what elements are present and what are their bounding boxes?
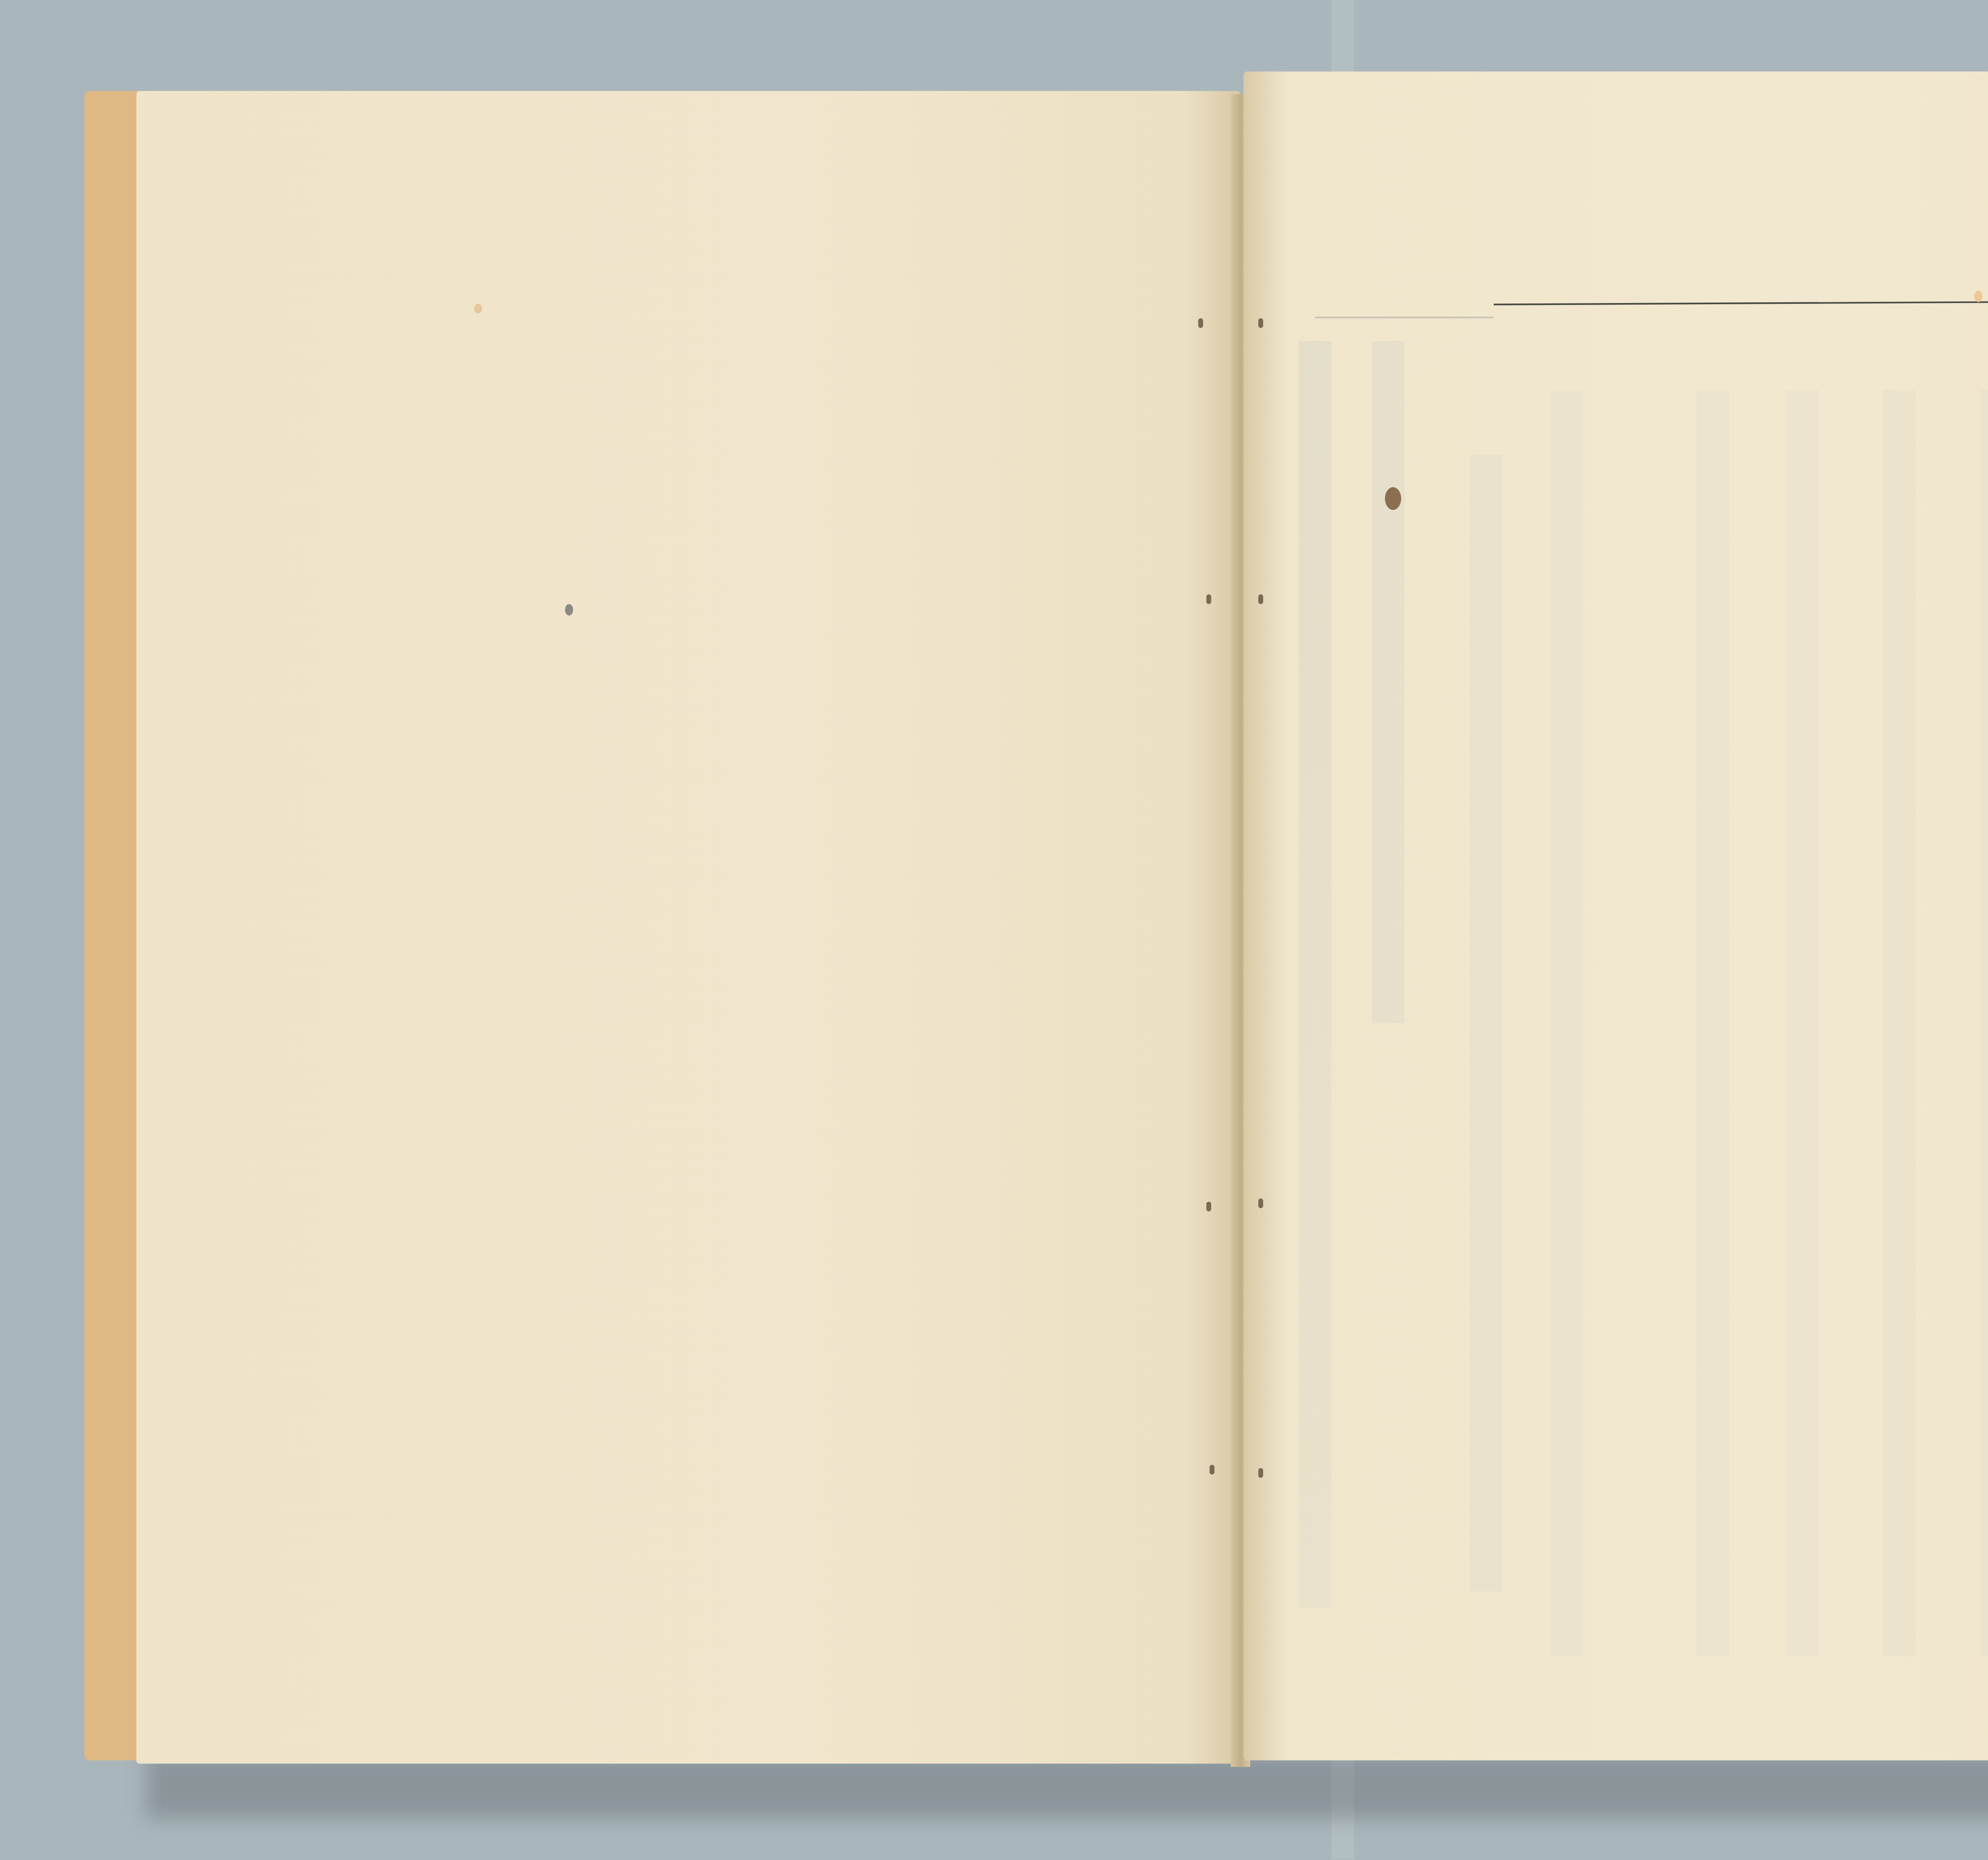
show-through-text bbox=[1372, 341, 1405, 1023]
binding-hole bbox=[1206, 595, 1211, 604]
show-through-text bbox=[1470, 455, 1502, 1591]
show-through-rule bbox=[1315, 317, 1494, 318]
stain-spot bbox=[1974, 291, 1982, 302]
binding-hole bbox=[1258, 595, 1263, 604]
show-through-text bbox=[1981, 390, 1988, 1656]
show-through-text bbox=[1883, 390, 1916, 1656]
stain-spot bbox=[474, 304, 482, 314]
binding-hole bbox=[1198, 318, 1203, 328]
binding-hole bbox=[1206, 1202, 1211, 1212]
book-spread bbox=[0, 0, 1988, 1860]
binding-hole bbox=[1258, 1199, 1263, 1209]
binding-hole bbox=[1258, 1468, 1263, 1478]
show-through-text bbox=[1299, 341, 1332, 1608]
show-through-text bbox=[1551, 390, 1583, 1656]
left-page bbox=[136, 91, 1241, 1764]
right-page bbox=[1244, 72, 1988, 1761]
cover-edge bbox=[84, 91, 143, 1761]
binding-hole bbox=[1209, 1465, 1214, 1475]
stain-spot bbox=[565, 604, 573, 616]
show-through-text bbox=[1786, 390, 1819, 1656]
show-through-text bbox=[1697, 390, 1729, 1656]
binding-hole bbox=[1258, 318, 1263, 328]
